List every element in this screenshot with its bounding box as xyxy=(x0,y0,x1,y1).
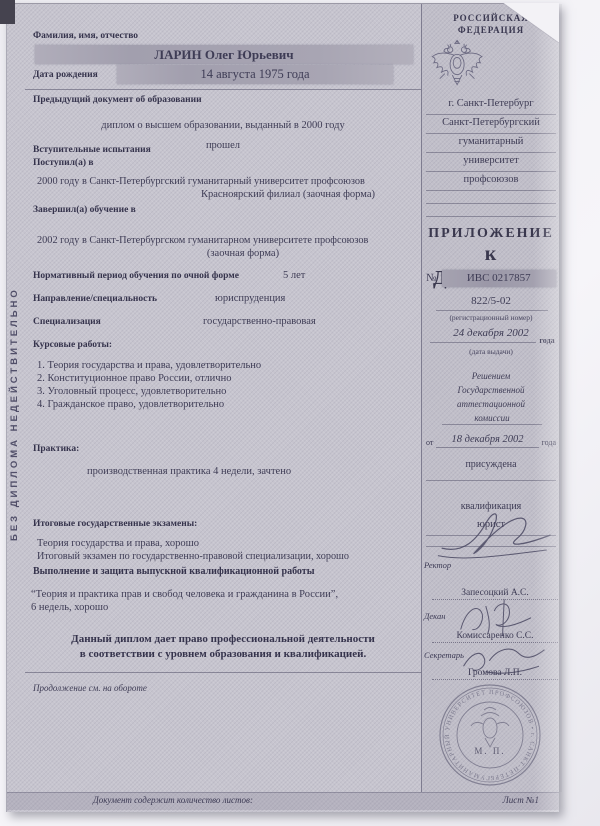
entrance-label: Вступительные испытания xyxy=(33,145,151,156)
from-label: от xyxy=(426,438,433,448)
document-scan: БЕЗ ДИПЛОМА НЕДЕЙСТВИТЕЛЬНО Фамилия, имя… xyxy=(0,0,600,826)
registration-number-caption: (регистрационный номер) xyxy=(426,313,556,322)
coursework-item: 3. Уголовный процесс, удовлетворительно xyxy=(37,386,421,398)
birth-date-label: Дата рождения xyxy=(33,70,98,81)
sheet-number: Лист №1 xyxy=(503,795,539,805)
completion-form: (заочная форма) xyxy=(145,248,341,260)
issue-date-year: года xyxy=(536,336,558,346)
decision-date-row: от 18 декабря 2002 года xyxy=(426,434,556,448)
thesis-label: Выполнение и защита выпускной квалификац… xyxy=(33,566,315,578)
decision-line: Решением xyxy=(426,371,556,382)
scan-corner-artifact xyxy=(0,0,15,24)
practice-value: производственная практика 4 недели, зачт… xyxy=(87,466,421,478)
blank-ruled-line xyxy=(426,480,556,481)
number-sign: № xyxy=(426,272,437,285)
diploma-supplement-page: БЕЗ ДИПЛОМА НЕДЕЙСТВИТЕЛЬНО Фамилия, имя… xyxy=(6,3,559,812)
specialty-value: юриспруденция xyxy=(215,293,285,305)
university-line: профсоюзов xyxy=(426,171,556,191)
city-line: г. Санкт-Петербург xyxy=(426,95,556,115)
rights-statement-line1: Данный диплом дает право профессионально… xyxy=(25,633,421,646)
supplement-title-line1: ПРИЛОЖЕНИЕ xyxy=(426,226,556,243)
university-line: университет xyxy=(426,152,556,172)
coursework-label: Курсовые работы: xyxy=(33,340,112,351)
practice-label: Практика: xyxy=(33,444,79,455)
divider xyxy=(25,89,421,90)
divider xyxy=(25,672,421,673)
state-exams-label: Итоговые государственные экзамены: xyxy=(33,519,197,530)
university-line: гуманитарный xyxy=(426,133,556,153)
seal-center-text: М. П. xyxy=(474,746,505,756)
decision-line: аттестационной xyxy=(426,399,556,410)
footer-note: Документ содержит количество листов: xyxy=(93,795,253,805)
study-period-value: 5 лет xyxy=(283,270,305,282)
specialization-value: государственно-правовая xyxy=(203,316,316,328)
main-content: Фамилия, имя, отчество ЛАРИН Олег Юрьеви… xyxy=(25,4,421,784)
right-panel: РОССИЙСКАЯ ФЕДЕРАЦИЯ г. Санкт-Пет xyxy=(421,4,562,792)
thesis-title: “Теория и практика прав и свобод человек… xyxy=(31,589,421,601)
issue-date-rule xyxy=(430,327,536,343)
admission-value: 2000 году в Санкт-Петербургский гуманита… xyxy=(37,176,421,188)
official-seal-icon: ГУМАНИТАРНЫЙ УНИВЕРСИТЕТ ПРОФСОЮЗОВ • г.… xyxy=(436,682,544,788)
birth-date-value: 14 августа 1975 года xyxy=(117,65,393,84)
page-corner-fold xyxy=(503,3,559,43)
coursework-item: 1. Теория государства и права, удовлетво… xyxy=(37,360,421,372)
continuation-note: Продолжение см. на обороте xyxy=(33,683,147,693)
registration-number-rule xyxy=(436,295,548,311)
awarded-label: присуждена xyxy=(426,459,556,471)
admission-label: Поступил(а) в xyxy=(33,158,94,169)
name-value: ЛАРИН Олег Юрьевич xyxy=(35,45,413,64)
completion-value: 2002 году в Санкт-Петербургском гуманита… xyxy=(37,235,421,247)
state-exam-item: Теория государства и права, хорошо xyxy=(37,538,421,550)
specialization-label: Специализация xyxy=(33,317,101,328)
completion-label: Завершил(а) обучение в xyxy=(33,205,136,216)
issue-date-caption: (дата выдачи) xyxy=(426,347,556,356)
secretary-name: Громова Л.П. xyxy=(432,668,558,680)
decision-date-year: года xyxy=(542,438,556,448)
rights-statement-line2: в соответствии с уровнем образования и к… xyxy=(25,648,421,661)
footer: Документ содержит количество листов: Лис… xyxy=(7,792,559,810)
coat-of-arms-icon xyxy=(426,38,488,94)
study-period-label: Нормативный период обучения по очной фор… xyxy=(33,271,239,282)
name-label: Фамилия, имя, отчество xyxy=(33,31,138,42)
coursework-item: 2. Конституционное право России, отлично xyxy=(37,373,421,385)
specialty-label: Направление/специальность xyxy=(33,294,157,305)
state-exam-item: Итоговый экзамен по государственно-право… xyxy=(37,551,421,563)
previous-document-value: диплом о высшем образовании, выданный в … xyxy=(25,120,421,132)
secretary-label: Секретарь xyxy=(424,650,464,660)
previous-document-label: Предыдущий документ об образовании xyxy=(33,95,202,106)
university-line: Санкт-Петербургский xyxy=(426,114,556,134)
blank-ruled-line xyxy=(426,203,556,217)
decision-line: Государственной xyxy=(426,385,556,396)
admission-branch: Красноярский филиал (заочная форма) xyxy=(165,189,411,201)
side-note-text: БЕЗ ДИПЛОМА НЕДЕЙСТВИТЕЛЬНО xyxy=(9,239,20,589)
diploma-number-value: ИВС 0217857 xyxy=(442,270,557,287)
dean-label: Декан xyxy=(424,611,445,621)
blank-ruled-line xyxy=(426,190,556,204)
coursework-item: 4. Гражданское право, удовлетворительно xyxy=(37,399,421,411)
decision-date-value: 18 декабря 2002 xyxy=(436,434,538,448)
rector-label: Ректор xyxy=(424,560,451,570)
thesis-result: 6 недель, хорошо xyxy=(31,602,421,614)
rector-signature xyxy=(436,504,558,566)
diploma-number-row: № ИВС 0217857 xyxy=(426,270,556,287)
decision-line: комиссии xyxy=(442,413,542,425)
